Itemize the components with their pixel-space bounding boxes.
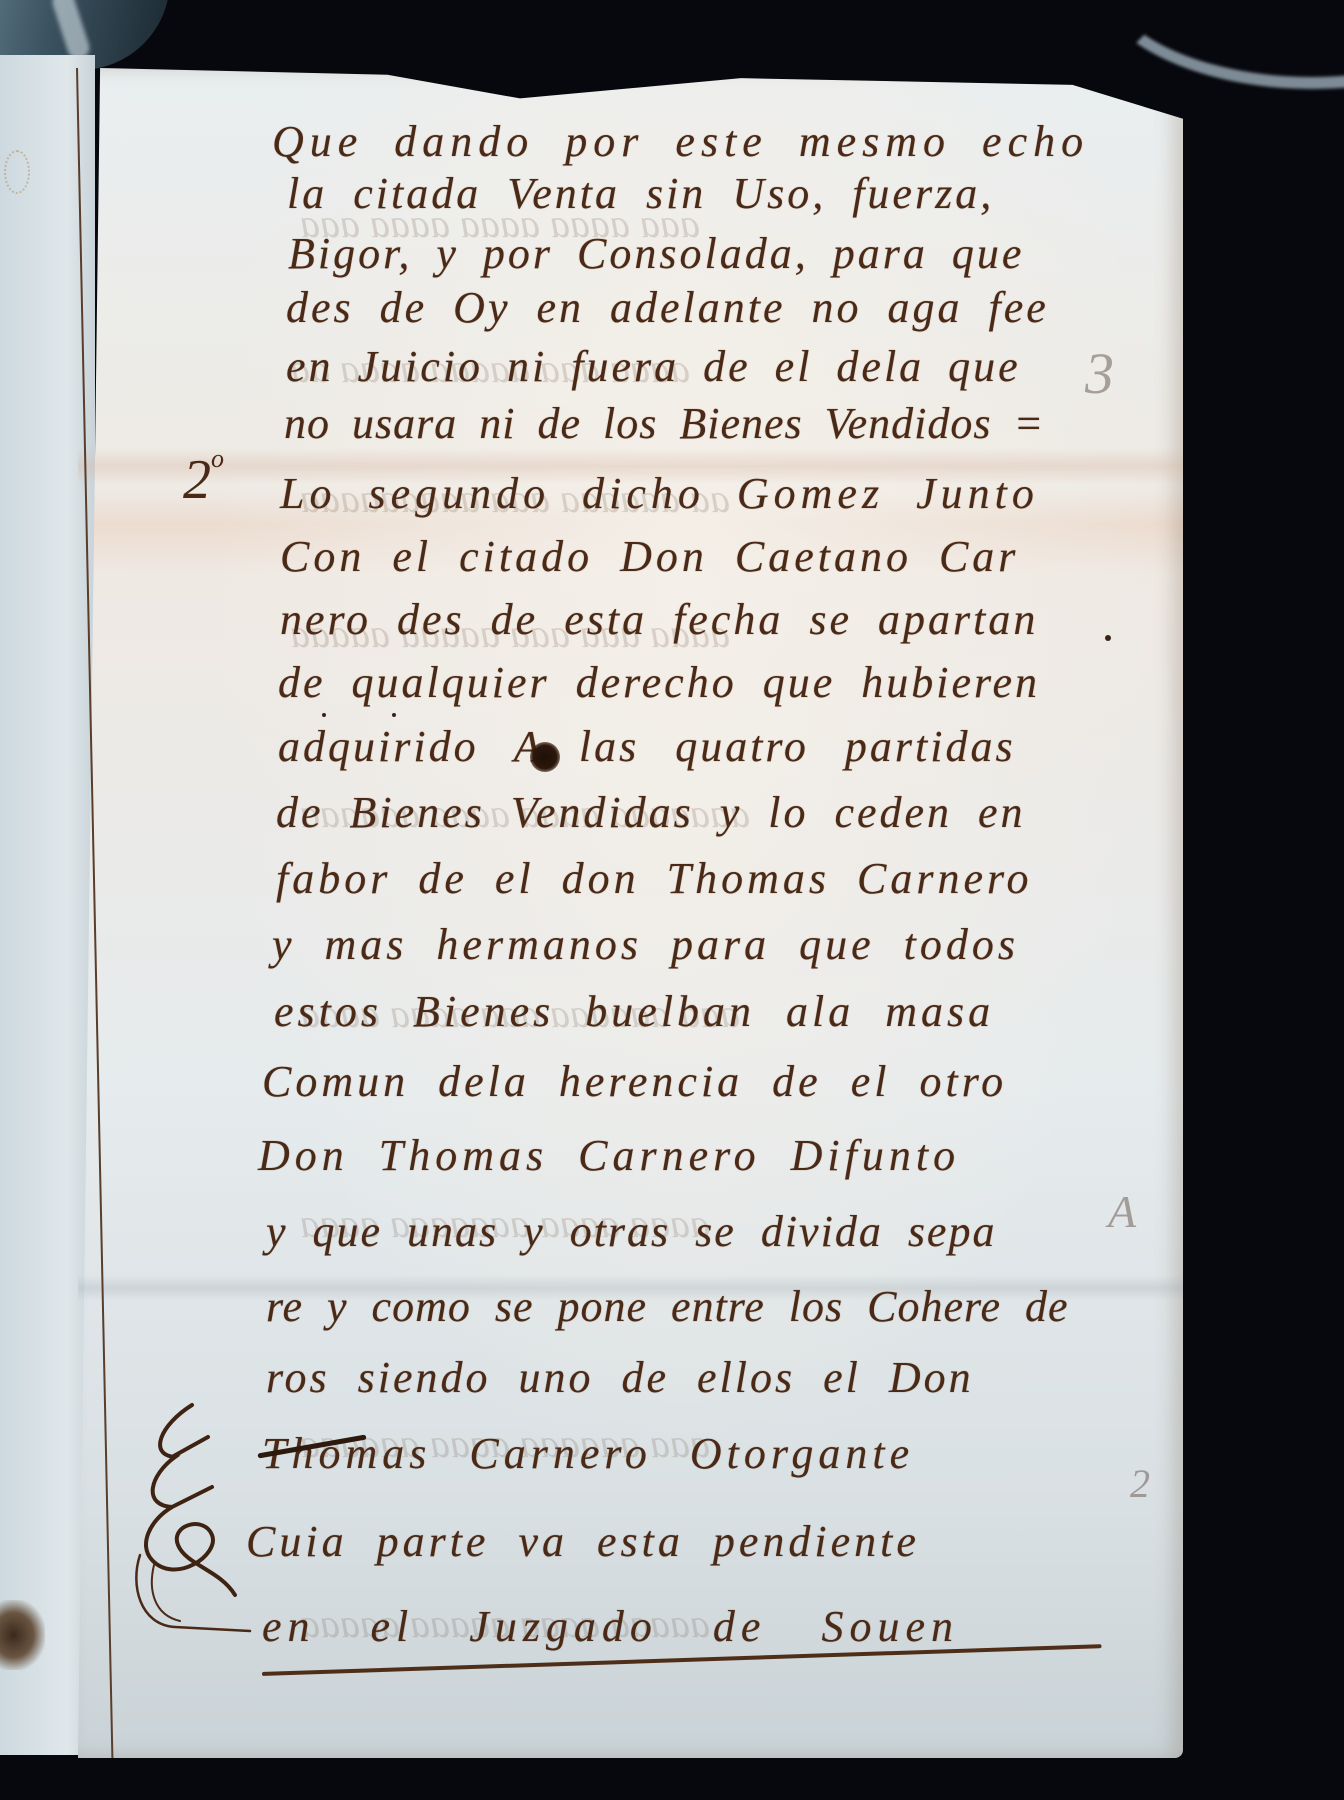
manuscript-line-12: de Bienes Vendidas y lo ceden en	[276, 791, 1026, 835]
ink-dot	[392, 713, 396, 717]
manuscript-line-22: Cuia parte va esta pendiente	[246, 1520, 920, 1564]
manuscript-line-20: ros siendo uno de ellos el Don	[266, 1356, 974, 1400]
manuscript-line-8: Con el citado Don Caetano Car	[280, 535, 1019, 579]
margin-mark-2: 2	[1130, 1460, 1150, 1507]
margin-number: 2	[183, 449, 211, 511]
manuscript-line-19: re y como se pone entre los Cohere de	[266, 1285, 1069, 1329]
margin-mark-a: A	[1108, 1185, 1136, 1238]
manuscript-line-4: des de Oy en adelante no aga fee	[286, 286, 1049, 330]
manuscript-line-17: Don Thomas Carnero Difunto	[258, 1134, 960, 1178]
manuscript-line-15: estos Bienes buelban ala masa	[274, 990, 994, 1034]
manuscript-line-23: en el Juzgado de Souen	[262, 1605, 959, 1649]
manuscript-line-3: Bigor, y por Consolada, para que	[288, 232, 1024, 276]
margin-flourish-c	[120, 1395, 260, 1655]
margin-ordinal-suffix: o	[211, 444, 224, 473]
manuscript-line-5: en Juicio ni fuera de el dela que	[286, 345, 1021, 389]
manuscript-line-10: de qualquier derecho que hubieren	[278, 661, 1040, 705]
manuscript-line-6: no usara ni de los Bienes Vendidos =	[284, 402, 1044, 446]
left-page-ink-stain	[0, 1600, 45, 1670]
manuscript-line-11: adquirido A las quatro partidas	[278, 725, 1016, 769]
manuscript-line-2: la citada Venta sin Uso, fuerza,	[287, 172, 994, 216]
ink-blot	[530, 742, 560, 772]
ink-dot	[1105, 635, 1111, 641]
manuscript-line-13: fabor de el don Thomas Carnero	[276, 857, 1033, 901]
manuscript-line-1: Que dando por este mesmo echo	[272, 120, 1089, 164]
ink-dot	[322, 713, 326, 717]
margin-mark-3: 3	[1085, 340, 1114, 407]
manuscript-line-9: nero des de esta fecha se apartan	[280, 598, 1038, 642]
margin-ordinal-number: 2o	[183, 448, 224, 512]
manuscript-line-14: y mas hermanos para que todos	[272, 923, 1019, 967]
manuscript-line-18: y que unas y otras se divida sepa	[266, 1210, 996, 1254]
background-cable	[1090, 0, 1344, 89]
left-page-stain	[4, 150, 30, 194]
manuscript-line-16: Comun dela herencia de el otro	[262, 1060, 1007, 1104]
manuscript-line-7: Lo segundo dicho Gomez Junto	[280, 472, 1039, 516]
